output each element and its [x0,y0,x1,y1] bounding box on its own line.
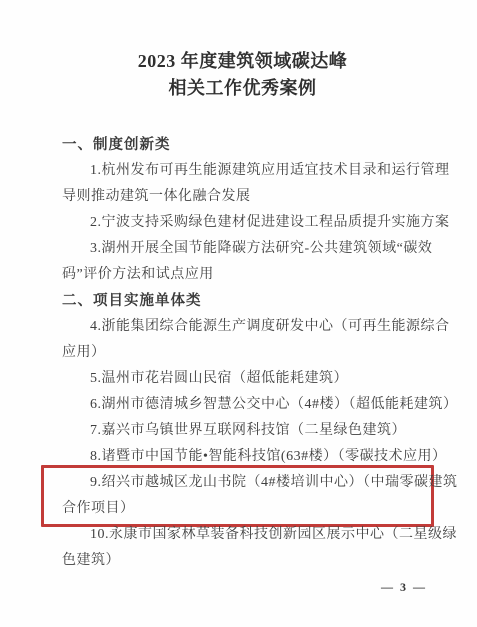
case-item-7-line-1: 7.嘉兴市乌镇世界互联网科技馆（二星绿色建筑） [62,418,432,444]
case-item-10-line-1: 10.永康市国家林草装备科技创新园区展示中心（二星级绿 [62,522,432,548]
section-heading-institutional: 一、制度创新类 [62,132,432,158]
case-item-2-line-1: 2.宁波支持采购绿色建材促进建设工程品质提升实施方案 [62,210,432,236]
case-item-4-line-2: 应用） [62,340,432,366]
document-page: 2023 年度建筑领域碳达峰 相关工作优秀案例 一、制度创新类 1.杭州发布可再… [0,0,477,627]
case-item-10-line-2: 色建筑） [62,548,432,574]
case-item-4-line-1: 4.浙能集团综合能源生产调度研发中心（可再生能源综合 [62,314,432,340]
case-item-6-line-1: 6.湖州市德清城乡智慧公交中心（4#楼）（超低能耗建筑） [62,392,432,418]
case-item-3-line-2: 码”评价方法和试点应用 [62,262,432,288]
case-item-5-line-1: 5.温州市花岩圆山民宿（超低能耗建筑） [62,366,432,392]
page-number: — 3 — [0,580,477,595]
case-item-1-line-2: 导则推动建筑一体化融合发展 [62,184,432,210]
case-item-9-line-1: 9.绍兴市越城区龙山书院（4#楼培训中心）（中瑞零碳建筑 [62,470,429,496]
document-title-line2: 相关工作优秀案例 [53,75,432,102]
document-title-line1: 2023 年度建筑领域碳达峰 [53,48,432,75]
section-heading-projects: 二、项目实施单体类 [62,288,432,314]
case-item-8-line-1: 8.诸暨市中国节能•智能科技馆(63#楼）（零碳技术应用） [62,444,432,470]
case-item-1-line-1: 1.杭州发布可再生能源建筑应用适宜技术目录和运行管理 [62,158,432,184]
document-content: 2023 年度建筑领域碳达峰 相关工作优秀案例 一、制度创新类 1.杭州发布可再… [0,0,477,574]
highlight-box: 9.绍兴市越城区龙山书院（4#楼培训中心）（中瑞零碳建筑 合作项目） [41,465,434,527]
case-item-9-line-2: 合作项目） [62,496,429,522]
case-item-3-line-1: 3.湖州开展全国节能降碳方法研究-公共建筑领域“碳效 [62,236,432,262]
